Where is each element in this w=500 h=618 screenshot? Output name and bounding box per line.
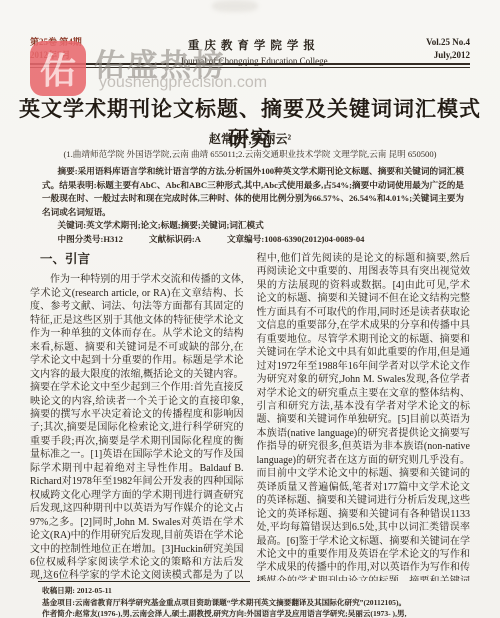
section-heading-introduction: 一、引言 [40, 253, 244, 266]
received-date-value: 2012-05-11 [77, 586, 112, 595]
body-columns: 一、引言 作为一种特别的用于学术交流和传播的文体,学术论文(research a… [30, 252, 470, 581]
right-column-text: 程中,他们首先阅读的是论文的标题和摘要,然后再阅读论文中重要的、用图表等具有突出… [257, 252, 471, 581]
keywords-label: 关键词: [57, 220, 86, 230]
right-column: 程中,他们首先阅读的是论文的标题和摘要,然后再阅读论文中重要的、用图表等具有突出… [257, 252, 471, 581]
watermark-app-icon: 佑 [30, 41, 86, 96]
vol-en-line1: Vol.25 No.4 [426, 36, 470, 49]
journal-page: 第25卷 第4期 2012年7月 重庆教育学院学报 Journal of Cho… [0, 0, 500, 618]
clc-label: 中图分类号: [57, 233, 103, 247]
author-bio-label: 作者简介: [42, 609, 75, 618]
fund-project-line: 基金项目:云南省教育厅科学研究基金重点项目资助课题“学术期刊英文摘要翻译及其国际… [42, 597, 472, 609]
doc-code-value: A [195, 233, 201, 247]
keywords-line: 关键词:英文学术期刊;论文;标题;摘要;关键词;词汇模式 [42, 219, 464, 233]
clc-value: H312 [103, 233, 123, 247]
doc-code-label: 文献标识码: [149, 233, 195, 247]
footnote-separator-rule [38, 581, 250, 582]
keywords-text: 英文学术期刊;论文;标题;摘要;关键词;词汇模式 [86, 220, 264, 230]
received-date-label: 收稿日期: [42, 586, 75, 595]
watermark-icon-glyph: 佑 [40, 43, 76, 94]
scan-smudge [212, 0, 258, 12]
fund-project-label: 基金项目: [42, 598, 75, 607]
article-id-value: 1008-6390(2012)04-0089-04 [264, 233, 364, 247]
abstract-paragraph: 摘要:采用语料库语言学和统计语言学的方法,分析国外100种英文学术期刊论文标题、… [42, 165, 464, 219]
abstract-block: 摘要:采用语料库语言学和统计语言学的方法,分析国外100种英文学术期刊论文标题、… [42, 165, 464, 247]
classification-line: 中图分类号:H312 文献标识码:A 文章编号:1008-6390(2012)0… [42, 233, 464, 247]
fund-project-text: 云南省教育厅科学研究基金重点项目资助课题“学术期刊英文摘要翻译及其国际化研究”(… [75, 598, 406, 607]
left-column: 一、引言 作为一种特别的用于学术交流和传播的文体,学术论文(research a… [30, 252, 244, 581]
vol-en-line2: July,2012 [426, 49, 470, 62]
author-bio-text: 赵常友(1976-),男,云南会泽人,硕士,副教授,研究方向:外国语言学及应用语… [75, 609, 407, 618]
volume-issue-en: Vol.25 No.4 July,2012 [426, 36, 470, 61]
author-bio-line: 作者简介:赵常友(1976-),男,云南会泽人,硕士,副教授,研究方向:外国语言… [42, 608, 472, 618]
left-column-text: 作为一种特别的用于学术交流和传播的文体,学术论文(research articl… [30, 273, 244, 581]
article-id-label: 文章编号: [227, 233, 264, 247]
abstract-label: 摘要: [57, 166, 77, 176]
received-date-line: 收稿日期: 2012-05-11 [42, 585, 472, 597]
footnotes-block: 收稿日期: 2012-05-11 基金项目:云南省教育厅科学研究基金重点项目资助… [42, 585, 472, 618]
abstract-text: 采用语料库语言学和统计语言学的方法,分析国外100种英文学术期刊论文标题、摘要和… [42, 166, 464, 217]
article-title: 英文学术期刊论文标题、摘要及关键词词汇模式研究 [10, 93, 490, 153]
watermark-url-text: youshengprecision.com [99, 74, 267, 92]
